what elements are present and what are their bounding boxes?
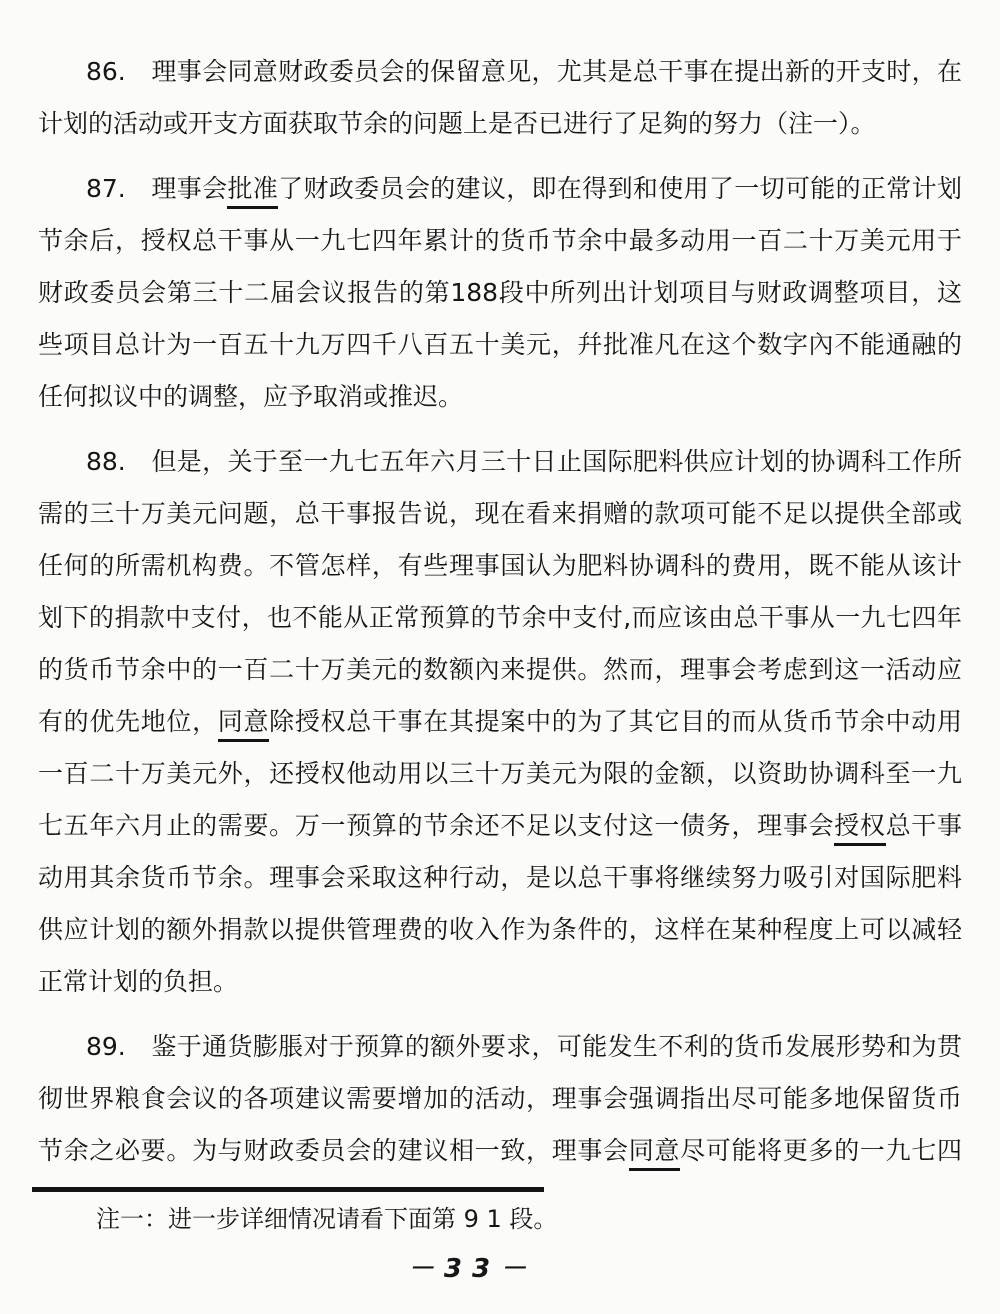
underlined-text: 同意 <box>629 1136 680 1171</box>
paragraph-87: 87. 理事会批准了财政委员会的建议，即在得到和使用了一切可能的正常计划 节余后… <box>38 163 962 423</box>
page-number: －33－ <box>10 1248 934 1285</box>
text-line: 七五年六月止的需要。万一预算的节余还不足以支付这一债务，理事会授权总干事 <box>38 800 962 852</box>
text-segment: 87. 理事会 <box>86 174 227 203</box>
text-line: 一百二十万美元外，还授权他动用以三十万美元为限的金额，以资助协调科至一九 <box>38 748 962 800</box>
underlined-text: 同意 <box>218 707 269 742</box>
text-line: 财政委员会第三十二届会议报告的第188段中所列出计划项目与财政调整项目，这 <box>38 267 962 319</box>
text-line: 87. 理事会批准了财政委员会的建议，即在得到和使用了一切可能的正常计划 <box>38 163 962 215</box>
text-line: 任何的所需机构费。不管怎样，有些理事国认为肥料协调科的费用，既不能从该计 <box>38 540 962 592</box>
text-line: 的货币节余中的一百二十万美元的数额內来提供。然而，理事会考虑到这一活动应 <box>38 644 962 696</box>
text-line: 节余之必要。为与财政委员会的建议相一致，理事会同意尽可能将更多的一九七四 <box>38 1125 962 1177</box>
text-segment: 总干事 <box>886 811 962 840</box>
paragraph-89: 89. 鉴于通货膨脹对于预算的额外要求，可能发生不利的货币发展形势和为贯 彻世界… <box>38 1021 962 1177</box>
underlined-text: 授权 <box>834 811 885 846</box>
footnote-text: 注一：进一步详细情况请看下面第 9 1 段。 <box>38 1198 962 1240</box>
text-segment: 除授权总干事在其提案中的为了其它目的而从货币节余中动用 <box>269 707 962 736</box>
text-line: 正常计划的负担。 <box>38 956 962 1008</box>
text-segment: 节余之必要。为与财政委员会的建议相一致，理事会 <box>38 1136 629 1165</box>
text-line: 86. 理事会同意财政委员会的保留意见，尤其是总干事在提出新的开支时，在 <box>38 46 962 98</box>
text-line: 彻世界粮食会议的各项建议需要增加的活动，理事会强调指出尽可能多地保留货币 <box>38 1073 962 1125</box>
text-segment: 尽可能将更多的一九七四 <box>680 1136 962 1165</box>
text-line: 动用其余货币节余。理事会采取这种行动，是以总干事将继续努力吸引对国际肥料 <box>38 852 962 904</box>
text-segment: 了财政委员会的建议，即在得到和使用了一切可能的正常计划 <box>278 174 962 203</box>
paragraph-88: 88. 但是，关于至一九七五年六月三十日止国际肥料供应计划的协调科工作所 需的三… <box>38 436 962 1008</box>
text-line: 需的三十万美元问题，总干事报告说，现在看来捐赠的款项可能不足以提供全部或 <box>38 488 962 540</box>
text-segment: 七五年六月止的需要。万一预算的节余还不足以支付这一债务，理事会 <box>38 811 834 840</box>
text-segment: 有的优先地位， <box>38 707 218 736</box>
paragraph-86: 86. 理事会同意财政委员会的保留意见，尤其是总干事在提出新的开支时，在 计划的… <box>38 46 962 150</box>
text-line: 计划的活动或开支方面获取节余的问题上是否已进行了足夠的努力（注一）。 <box>38 98 962 150</box>
underlined-text: 批准 <box>227 174 278 209</box>
text-line: 划下的捐款中支付，也不能从正常预算的节余中支付,而应该由总干事从一九七四年 <box>38 592 962 644</box>
scanned-document-page: 86. 理事会同意财政委员会的保留意见，尤其是总干事在提出新的开支时，在 计划的… <box>0 0 1000 1314</box>
text-line: 有的优先地位，同意除授权总干事在其提案中的为了其它目的而从货币节余中动用 <box>38 696 962 748</box>
text-line: 供应计划的额外捐款以提供管理费的收入作为条件的，这样在某种程度上可以减轻 <box>38 904 962 956</box>
text-line: 88. 但是，关于至一九七五年六月三十日止国际肥料供应计划的协调科工作所 <box>38 436 962 488</box>
text-line: 89. 鉴于通货膨脹对于预算的额外要求，可能发生不利的货币发展形势和为贯 <box>38 1021 962 1073</box>
text-line: 些项目总计为一百五十九万四千八百五十美元，幷批准凡在这个数字內不能通融的 <box>38 319 962 371</box>
text-line: 任何拟议中的调整，应予取消或推迟。 <box>38 371 962 423</box>
text-line: 节余后，授权总干事从一九七四年累计的货币节余中最多动用一百二十万美元用于 <box>38 215 962 267</box>
footnote-divider <box>32 1187 544 1192</box>
